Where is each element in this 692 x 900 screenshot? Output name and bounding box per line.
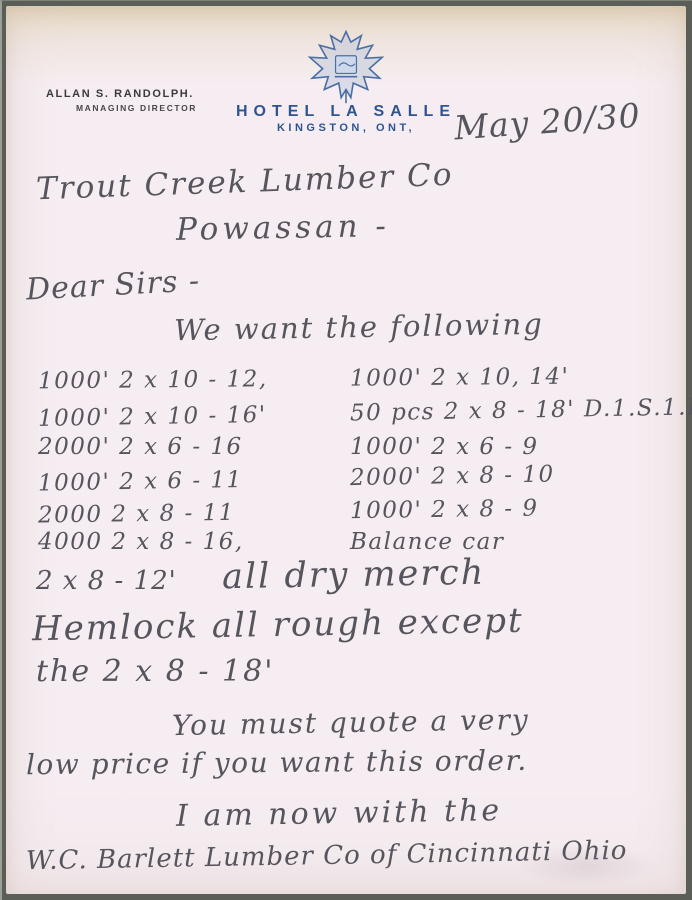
body-line: I am now with the — [176, 793, 503, 834]
body-line: Hemlock all rough except — [32, 601, 524, 650]
order-item: 2000 2 x 8 - 11 — [38, 498, 350, 528]
order-item: 1000' 2 x 10 - 12, — [38, 366, 350, 395]
order-item: 2000' 2 x 6 - 16 — [38, 434, 350, 460]
order-row: 1000' 2 x 6 - 11 2000' 2 x 8 - 10 — [38, 461, 555, 496]
order-item: 50 pcs 2 x 8 - 18' D.1.S.1.E. — [350, 394, 692, 426]
ink-show-through — [516, 846, 656, 886]
order-item: 1000' 2 x 6 - 9 — [350, 434, 539, 460]
order-row: 2000 2 x 8 - 11 1000' 2 x 8 - 9 — [38, 496, 539, 529]
letter-paper: ALLAN S. RANDOLPH. MANAGING DIRECTOR HOT… — [6, 6, 686, 894]
body-line: the 2 x 8 - 18' — [36, 654, 274, 689]
body-line: You must quote a very — [172, 703, 530, 742]
body-line: low price if you want this order. — [26, 744, 528, 781]
maple-leaf-crest-icon — [305, 30, 387, 109]
recipient-company: Trout Creek Lumber Co — [35, 157, 454, 208]
order-item: 1000' 2 x 6 - 11 — [38, 465, 350, 496]
order-item: 1000' 2 x 10 - 16' — [38, 400, 350, 431]
order-item: 1000' 2 x 8 - 9 — [350, 496, 539, 525]
body-line: all dry merch — [222, 553, 486, 598]
order-item: Balance car — [350, 529, 504, 555]
body-line: 2 x 8 - 12' — [36, 566, 177, 596]
order-item: 1000' 2 x 10, 14' — [350, 364, 570, 392]
order-row: 1000' 2 x 10 - 12, 1000' 2 x 10, 14' — [38, 364, 570, 395]
recipient-town: Powassan - — [176, 208, 390, 248]
order-item: 4000 2 x 8 - 16, — [38, 529, 350, 555]
salutation: Dear Sirs - — [25, 263, 201, 307]
scanned-letter: ALLAN S. RANDOLPH. MANAGING DIRECTOR HOT… — [0, 0, 692, 900]
order-row: 2000' 2 x 6 - 16 1000' 2 x 6 - 9 — [38, 434, 539, 460]
order-row: 4000 2 x 8 - 16, Balance car — [38, 529, 504, 555]
order-item: 2000' 2 x 8 - 10 — [350, 461, 555, 491]
manager-name: ALLAN S. RANDOLPH. — [46, 88, 197, 100]
opening-line: We want the following — [174, 307, 544, 347]
order-row: 1000' 2 x 10 - 16' 50 pcs 2 x 8 - 18' D.… — [38, 394, 692, 432]
